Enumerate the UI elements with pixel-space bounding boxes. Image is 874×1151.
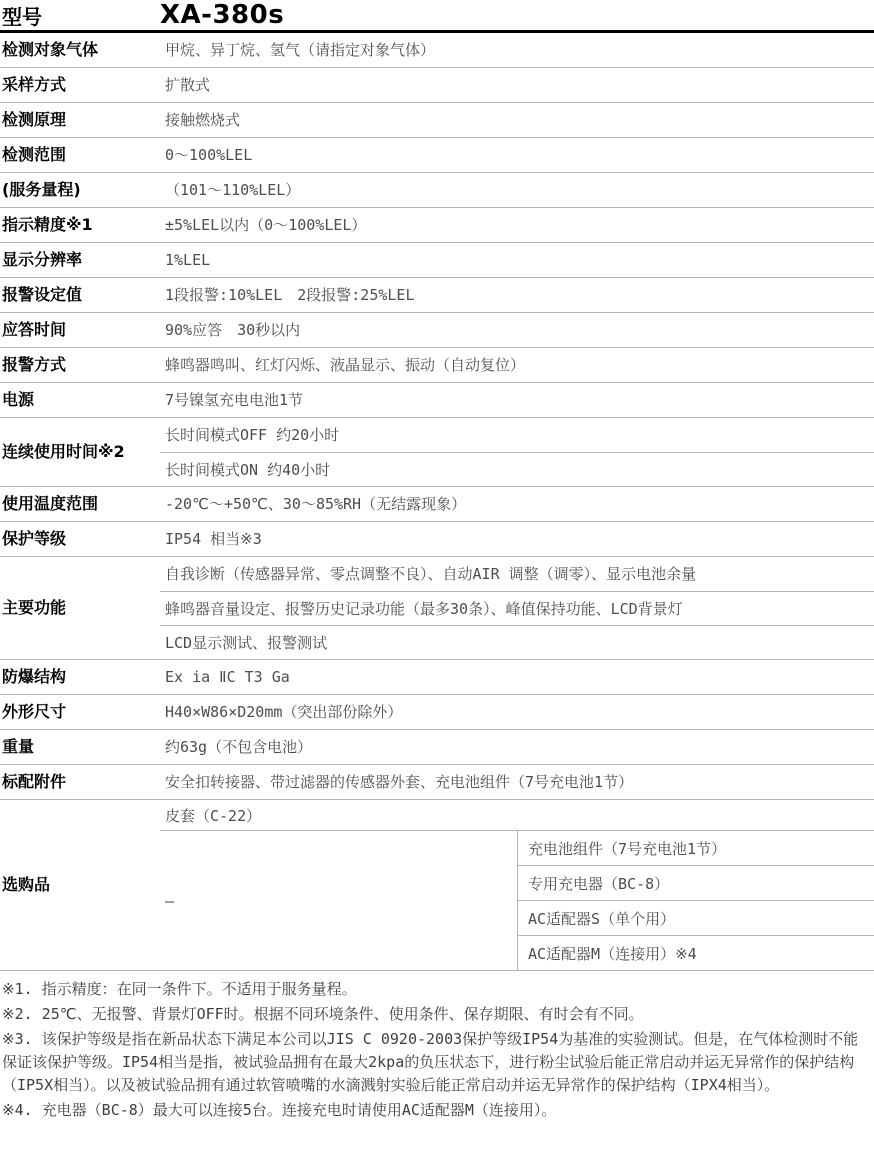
optional-leather-case: 皮套（C-22）	[160, 800, 874, 831]
row-alarm-setpoint: 报警设定值 1段报警:10%LEL 2段报警:25%LEL	[0, 278, 874, 313]
row-label: 采样方式	[0, 68, 160, 102]
row-value: Ex ia ⅡC T3 Ga	[160, 660, 874, 694]
row-label: 检测原理	[0, 103, 160, 137]
row-detection-principle: 检测原理 接触燃烧式	[0, 103, 874, 138]
optional-dash-cell: —	[160, 831, 518, 970]
row-value: 1段报警:10%LEL 2段报警:25%LEL	[160, 278, 874, 312]
row-alarm-type: 报警方式 蜂鸣器鸣叫、红灯闪烁、液晶显示、振动（自动复位）	[0, 348, 874, 383]
row-label: 外形尺寸	[0, 695, 160, 729]
row-label: 标配附件	[0, 765, 160, 799]
optional-split: — 充电池组件（7号充电池1节） 专用充电器（BC-8） AC适配器S（单个用）…	[160, 831, 874, 970]
row-label: 选购品	[0, 800, 160, 970]
continuous-use-subrows: 长时间模式OFF 约20小时 长时间模式ON 约40小时	[160, 418, 874, 486]
row-detection-range: 检测范围 0～100%LEL	[0, 138, 874, 173]
row-label: 电源	[0, 383, 160, 417]
row-weight: 重量 约63g（不包含电池）	[0, 730, 874, 765]
row-label: 报警方式	[0, 348, 160, 382]
optional-items-table: 皮套（C-22） — 充电池组件（7号充电池1节） 专用充电器（BC-8） AC…	[160, 800, 874, 970]
row-explosion-proof: 防爆结构 Ex ia ⅡC T3 Ga	[0, 660, 874, 695]
row-target-gas: 检测对象气体 甲烷、异丁烷、氢气（请指定对象气体）	[0, 33, 874, 68]
model-header-row: 型号 XA-380s	[0, 0, 874, 33]
subrow-self-diagnosis: 自我诊断（传感器异常、零点调整不良）、自动AIR 调整（调零）、显示电池余量	[160, 557, 874, 591]
row-label: 检测对象气体	[0, 33, 160, 67]
row-value: 接触燃烧式	[160, 103, 874, 137]
row-standard-accessories: 标配附件 安全扣转接器、带过滤器的传感器外套、充电池组件（7号充电池1节）	[0, 765, 874, 800]
row-protection-class: 保护等级 IP54 相当※3	[0, 522, 874, 557]
row-continuous-use-time: 连续使用时间※2 长时间模式OFF 约20小时 长时间模式ON 约40小时	[0, 418, 874, 487]
footnote-2: ※2. 25℃、无报警、背景灯OFF时。根据不同环境条件、使用条件、保存期限、有…	[2, 1003, 872, 1026]
row-value: 蜂鸣器鸣叫、红灯闪烁、液晶显示、振动（自动复位）	[160, 348, 874, 382]
row-value: （101～110%LEL）	[160, 173, 874, 207]
model-number: XA-380s	[160, 0, 284, 30]
row-sampling-method: 采样方式 扩散式	[0, 68, 874, 103]
row-value: 7号镍氢充电电池1节	[160, 383, 874, 417]
row-value: H40×W86×D20mm（突出部份除外）	[160, 695, 874, 729]
row-response-time: 应答时间 90%应答 30秒以内	[0, 313, 874, 348]
row-main-functions: 主要功能 自我诊断（传感器异常、零点调整不良）、自动AIR 调整（调零）、显示电…	[0, 557, 874, 660]
model-header-label: 型号	[0, 1, 160, 30]
footnote-3: ※3. 该保护等级是指在新品状态下满足本公司以JIS C 0920-2003保护…	[2, 1028, 872, 1097]
row-operating-temperature: 使用温度范围 -20℃～+50℃、30～85%RH（无结露现象）	[0, 487, 874, 522]
row-label: 连续使用时间※2	[0, 418, 160, 486]
optional-charger: 专用充电器（BC-8）	[518, 865, 874, 900]
optional-right-list: 充电池组件（7号充电池1节） 专用充电器（BC-8） AC适配器S（单个用） A…	[518, 831, 874, 970]
row-optional-items: 选购品 皮套（C-22） — 充电池组件（7号充电池1节） 专用充电器（BC-8…	[0, 800, 874, 971]
row-value: 扩散式	[160, 68, 874, 102]
row-value: ±5%LEL以内（0～100%LEL）	[160, 208, 874, 242]
footnote-1: ※1. 指示精度：在同一条件下。不适用于服务量程。	[2, 978, 872, 1001]
footnote-4: ※4. 充电器（BC-8）最大可以连接5台。连接充电时请使用AC适配器M（连接用…	[2, 1099, 872, 1122]
row-label: (服务量程)	[0, 173, 160, 207]
row-label: 重量	[0, 730, 160, 764]
optional-ac-adapter-s: AC适配器S（单个用）	[518, 900, 874, 935]
row-value: IP54 相当※3	[160, 522, 874, 556]
row-value: 安全扣转接器、带过滤器的传感器外套、充电池组件（7号充电池1节）	[160, 765, 874, 799]
row-label: 指示精度※1	[0, 208, 160, 242]
row-service-range: (服务量程) （101～110%LEL）	[0, 173, 874, 208]
row-label: 使用温度范围	[0, 487, 160, 521]
subrow-buzzer-settings: 蜂鸣器音量设定、报警历史记录功能（最多30条）、峰值保持功能、LCD背景灯	[160, 591, 874, 625]
row-value: 约63g（不包含电池）	[160, 730, 874, 764]
row-indication-accuracy: 指示精度※1 ±5%LEL以内（0～100%LEL）	[0, 208, 874, 243]
row-label: 报警设定值	[0, 278, 160, 312]
row-value: 甲烷、异丁烷、氢气（请指定对象气体）	[160, 33, 874, 67]
row-value: -20℃～+50℃、30～85%RH（无结露现象）	[160, 487, 874, 521]
row-power-supply: 电源 7号镍氢充电电池1节	[0, 383, 874, 418]
spec-sheet: 型号 XA-380s 检测对象气体 甲烷、异丁烷、氢气（请指定对象气体） 采样方…	[0, 0, 874, 1128]
row-value: 0～100%LEL	[160, 138, 874, 172]
subrow-long-mode-on: 长时间模式ON 约40小时	[160, 452, 874, 486]
row-value: 1%LEL	[160, 243, 874, 277]
row-value: 90%应答 30秒以内	[160, 313, 874, 347]
row-label: 保护等级	[0, 522, 160, 556]
row-dimensions: 外形尺寸 H40×W86×D20mm（突出部份除外）	[0, 695, 874, 730]
main-functions-subrows: 自我诊断（传感器异常、零点调整不良）、自动AIR 调整（调零）、显示电池余量 蜂…	[160, 557, 874, 659]
subrow-lcd-test: LCD显示测试、报警测试	[160, 625, 874, 659]
subrow-long-mode-off: 长时间模式OFF 约20小时	[160, 418, 874, 452]
optional-ac-adapter-m: AC适配器M（连接用）※4	[518, 935, 874, 970]
row-label: 应答时间	[0, 313, 160, 347]
row-label: 主要功能	[0, 557, 160, 659]
row-label: 显示分辨率	[0, 243, 160, 277]
footnotes: ※1. 指示精度：在同一条件下。不适用于服务量程。 ※2. 25℃、无报警、背景…	[0, 971, 874, 1128]
row-display-resolution: 显示分辨率 1%LEL	[0, 243, 874, 278]
row-label: 防爆结构	[0, 660, 160, 694]
optional-battery-pack: 充电池组件（7号充电池1节）	[518, 831, 874, 865]
row-label: 检测范围	[0, 138, 160, 172]
